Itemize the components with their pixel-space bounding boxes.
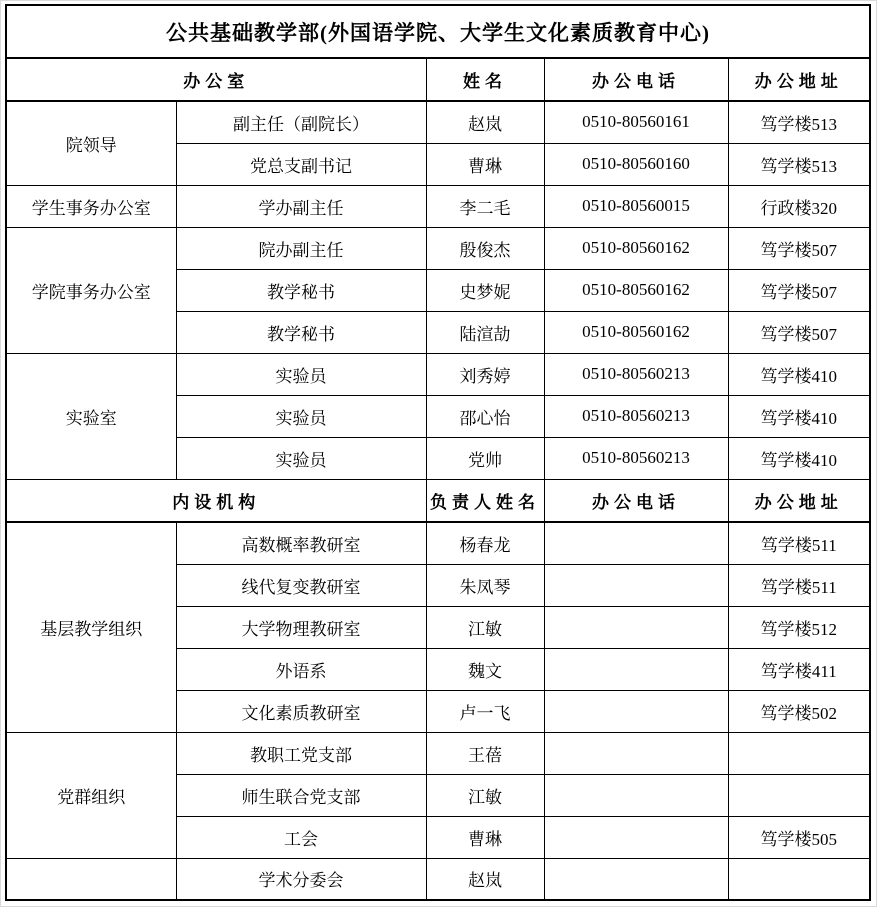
- phone-cell: [544, 690, 728, 732]
- name-cell: 党帅: [426, 437, 544, 479]
- position-cell: 院办副主任: [176, 227, 426, 269]
- group-cell: 实验室: [6, 353, 176, 479]
- phone-cell: 0510-80560213: [544, 395, 728, 437]
- phone-cell: [544, 522, 728, 564]
- address-cell: [728, 774, 870, 816]
- name-cell: 陆渲劼: [426, 311, 544, 353]
- table-row: 学院事务办公室 院办副主任 殷俊杰 0510-80560162 笃学楼507: [6, 227, 870, 269]
- name-cell: 殷俊杰: [426, 227, 544, 269]
- table-row: 党群组织 教职工党支部 王蓓: [6, 732, 870, 774]
- header-leader-name: 负责人姓名: [426, 479, 544, 522]
- address-cell: 笃学楼513: [728, 101, 870, 143]
- header-phone: 办公电话: [544, 58, 728, 101]
- address-cell: 笃学楼507: [728, 227, 870, 269]
- department-directory-table: 公共基础教学部(外国语学院、大学生文化素质教育中心) 办公室 姓名 办公电话 办…: [5, 4, 871, 901]
- name-cell: 曹琳: [426, 816, 544, 858]
- position-cell: 工会: [176, 816, 426, 858]
- address-cell: 笃学楼410: [728, 395, 870, 437]
- phone-cell: 0510-80560162: [544, 269, 728, 311]
- address-cell: 笃学楼511: [728, 564, 870, 606]
- group-cell: 院领导: [6, 101, 176, 185]
- header-office: 办公室: [6, 58, 426, 101]
- name-cell: 卢一飞: [426, 690, 544, 732]
- address-cell: 笃学楼507: [728, 311, 870, 353]
- address-cell: [728, 858, 870, 900]
- name-cell: 魏文: [426, 648, 544, 690]
- position-cell: 教学秘书: [176, 311, 426, 353]
- table-row: 实验室 实验员 刘秀婷 0510-80560213 笃学楼410: [6, 353, 870, 395]
- phone-cell: 0510-80560162: [544, 311, 728, 353]
- position-cell: 文化素质教研室: [176, 690, 426, 732]
- table-header-row: 办公室 姓名 办公电话 办公地址: [6, 58, 870, 101]
- header-internal-org: 内设机构: [6, 479, 426, 522]
- position-cell: 党总支副书记: [176, 143, 426, 185]
- name-cell: 朱凤琴: [426, 564, 544, 606]
- table-row: 院领导 副主任（副院长） 赵岚 0510-80560161 笃学楼513: [6, 101, 870, 143]
- address-cell: 笃学楼505: [728, 816, 870, 858]
- position-cell: 高数概率教研室: [176, 522, 426, 564]
- position-cell: 大学物理教研室: [176, 606, 426, 648]
- group-cell: [6, 858, 176, 900]
- position-cell: 实验员: [176, 437, 426, 479]
- table-header-row: 内设机构 负责人姓名 办公电话 办公地址: [6, 479, 870, 522]
- position-cell: 学术分委会: [176, 858, 426, 900]
- phone-cell: 0510-80560161: [544, 101, 728, 143]
- group-cell: 党群组织: [6, 732, 176, 858]
- phone-cell: [544, 564, 728, 606]
- address-cell: [728, 732, 870, 774]
- position-cell: 实验员: [176, 353, 426, 395]
- name-cell: 刘秀婷: [426, 353, 544, 395]
- table-row: 学术分委会 赵岚: [6, 858, 870, 900]
- group-cell: 学生事务办公室: [6, 185, 176, 227]
- name-cell: 王蓓: [426, 732, 544, 774]
- phone-cell: [544, 816, 728, 858]
- name-cell: 江敏: [426, 606, 544, 648]
- phone-cell: [544, 774, 728, 816]
- table-title: 公共基础教学部(外国语学院、大学生文化素质教育中心): [6, 5, 870, 58]
- address-cell: 笃学楼507: [728, 269, 870, 311]
- name-cell: 江敏: [426, 774, 544, 816]
- address-cell: 笃学楼410: [728, 353, 870, 395]
- position-cell: 师生联合党支部: [176, 774, 426, 816]
- name-cell: 李二毛: [426, 185, 544, 227]
- phone-cell: [544, 732, 728, 774]
- group-cell: 学院事务办公室: [6, 227, 176, 353]
- address-cell: 笃学楼513: [728, 143, 870, 185]
- position-cell: 线代复变教研室: [176, 564, 426, 606]
- address-cell: 笃学楼410: [728, 437, 870, 479]
- name-cell: 杨春龙: [426, 522, 544, 564]
- address-cell: 笃学楼411: [728, 648, 870, 690]
- address-cell: 笃学楼502: [728, 690, 870, 732]
- page-background: 公共基础教学部(外国语学院、大学生文化素质教育中心) 办公室 姓名 办公电话 办…: [0, 0, 877, 907]
- phone-cell: [544, 648, 728, 690]
- header-phone: 办公电话: [544, 479, 728, 522]
- address-cell: 笃学楼512: [728, 606, 870, 648]
- header-address: 办公地址: [728, 58, 870, 101]
- position-cell: 教学秘书: [176, 269, 426, 311]
- phone-cell: 0510-80560213: [544, 437, 728, 479]
- position-cell: 教职工党支部: [176, 732, 426, 774]
- phone-cell: [544, 858, 728, 900]
- name-cell: 曹琳: [426, 143, 544, 185]
- name-cell: 赵岚: [426, 101, 544, 143]
- name-cell: 赵岚: [426, 858, 544, 900]
- name-cell: 邵心怡: [426, 395, 544, 437]
- position-cell: 实验员: [176, 395, 426, 437]
- header-address: 办公地址: [728, 479, 870, 522]
- phone-cell: 0510-80560213: [544, 353, 728, 395]
- table-row: 公共基础教学部(外国语学院、大学生文化素质教育中心): [6, 5, 870, 58]
- position-cell: 副主任（副院长）: [176, 101, 426, 143]
- phone-cell: 0510-80560015: [544, 185, 728, 227]
- phone-cell: 0510-80560162: [544, 227, 728, 269]
- position-cell: 学办副主任: [176, 185, 426, 227]
- table-row: 学生事务办公室 学办副主任 李二毛 0510-80560015 行政楼320: [6, 185, 870, 227]
- header-name: 姓名: [426, 58, 544, 101]
- name-cell: 史梦妮: [426, 269, 544, 311]
- group-cell: 基层教学组织: [6, 522, 176, 732]
- address-cell: 笃学楼511: [728, 522, 870, 564]
- table-row: 基层教学组织 高数概率教研室 杨春龙 笃学楼511: [6, 522, 870, 564]
- position-cell: 外语系: [176, 648, 426, 690]
- phone-cell: [544, 606, 728, 648]
- phone-cell: 0510-80560160: [544, 143, 728, 185]
- address-cell: 行政楼320: [728, 185, 870, 227]
